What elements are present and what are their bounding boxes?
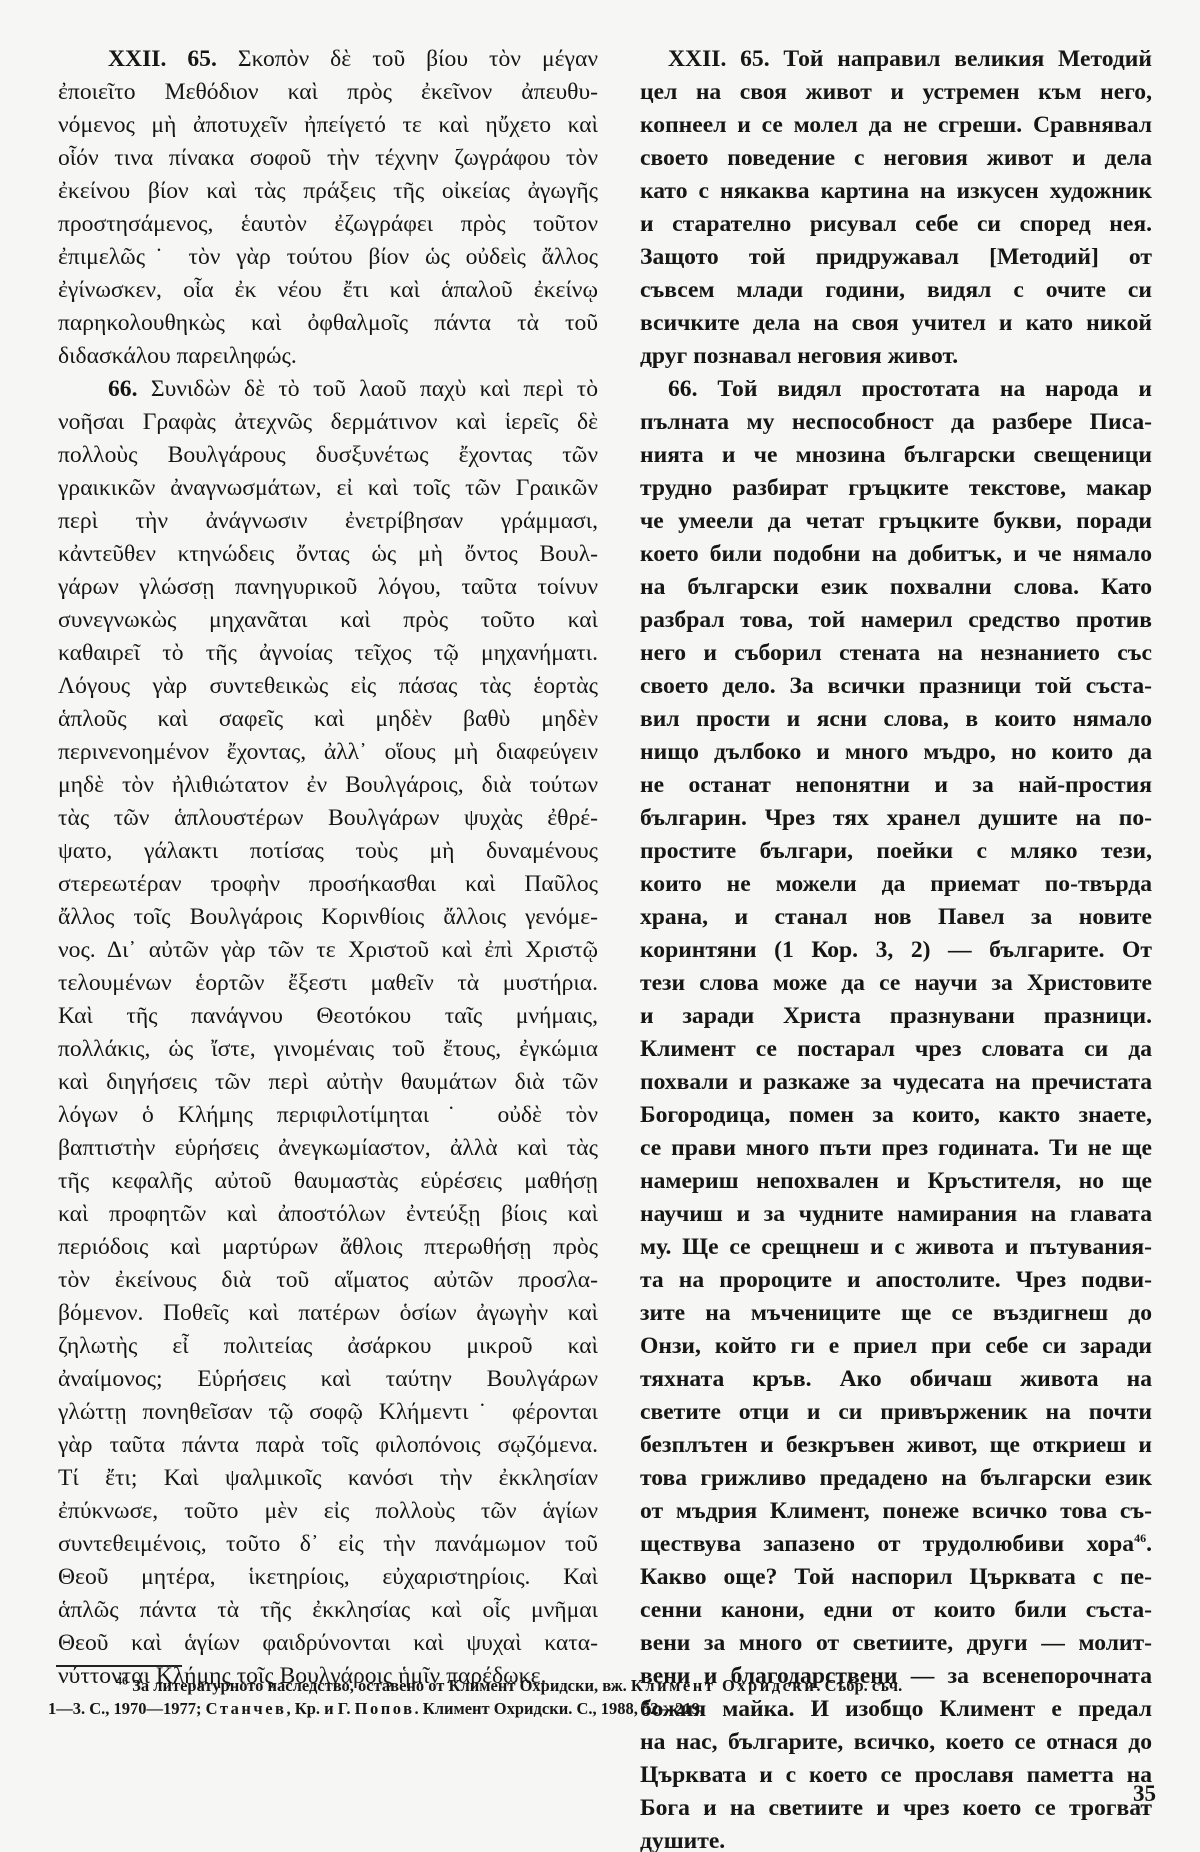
text-line: трудно разбират гръцките текстове, макар — [640, 472, 1152, 505]
text-line: като с някаква картина на изкусен художн… — [640, 175, 1152, 208]
text-line: γὰρ ταῦτα πάντα παρὰ τοῖς φιλοπόνοις σῳζ… — [58, 1429, 598, 1462]
text-line: τὰς τῶν ἁπλουστέρων Βουλγάρων ψυχὰς ἐθρέ… — [58, 802, 598, 835]
text-line: безплътен и безкръвен живот, ще откриеш … — [640, 1429, 1152, 1462]
footnote-divider — [56, 1665, 182, 1667]
text-line: τὸν ἐκείνους διὰ τοῦ αἵματος αὐτῶν προσλ… — [58, 1264, 598, 1297]
text-line: това грижливо предадено на български ези… — [640, 1462, 1152, 1495]
text-line: сенни канони, едни от които били съста- — [640, 1594, 1152, 1627]
text-line: че умеели да четат гръцките букви, порад… — [640, 505, 1152, 538]
text-line: 66. Той видял простотата на народа и — [640, 373, 1152, 406]
text-line: българин. Чрез тях хранел душите на по- — [640, 802, 1152, 835]
text-line: τῆς κεφαλῆς αὐτοῦ θαυμαστὰς εὑρέσεις μαθ… — [58, 1165, 598, 1198]
text-line: и старателно рисувал себе си според нея. — [640, 208, 1152, 241]
text-line: στερεωτέραν τροφὴν προσήκασθαι καὶ Παῦλο… — [58, 868, 598, 901]
text-line: всичките дела на своя учител и като нико… — [640, 307, 1152, 340]
text-line: него и съборил стената на незнанието със — [640, 637, 1152, 670]
text-line: γραικικῶν ἀναγνωσμάτων, εἰ καὶ τοῖς τῶν … — [58, 472, 598, 505]
text-line: Θεοῦ μητέρα, ἱκετηρίοις, εὐχαριστηρίοις.… — [58, 1561, 598, 1594]
text-line: вени за много от светиите, други — молит… — [640, 1627, 1152, 1660]
text-line: XXII. 65. Σκοπὸν δὲ τοῦ βίου τὸν μέγαν — [58, 43, 598, 76]
text-line: се прави много пъти през годината. Ти не… — [640, 1132, 1152, 1165]
text-line: διδασκάλου παρειληφώς. — [58, 340, 598, 373]
text-line: ψατο, γάλακτι ποτίσας τοὺς μὴ δυναμένους — [58, 835, 598, 868]
text-line: Θεοῦ καὶ ἁγίων φαιδρύνονται καὶ ψυχαὶ κα… — [58, 1627, 598, 1660]
text-line: Онзи, който ги е приел при себе си зарад… — [640, 1330, 1152, 1363]
text-line: νόμενος μὴ ἀποτυχεῖν ἠπείγετό τε καὶ ηὔχ… — [58, 109, 598, 142]
text-line: съвсем млади години, видял с очите си — [640, 274, 1152, 307]
text-line: намериш непохвален и Кръстителя, но ще — [640, 1165, 1152, 1198]
text-line: своето поведение с неговия живот и дела — [640, 142, 1152, 175]
text-line: ἁπλῶς πάντα τὰ τῆς ἐκκλησίας καὶ οἷς μνῆ… — [58, 1594, 598, 1627]
text-line: ἐπύκνωσε, τοῦτο μὲν εἰς πολλοὺς τῶν ἁγίω… — [58, 1495, 598, 1528]
text-line: не останат непонятни и за най-простия — [640, 769, 1152, 802]
text-line: на български език похвални слова. Като — [640, 571, 1152, 604]
text-line: научиш и за чудните намирания на главата — [640, 1198, 1152, 1231]
text-line: друг познавал неговия живот. — [640, 340, 1152, 373]
text-line: καθαιρεῖ τὸ τῆς ἀγνοίας τεῖχος τῷ μηχανή… — [58, 637, 598, 670]
text-line: Какво още? Той наспорил Църквата с пе- — [640, 1561, 1152, 1594]
text-line: храна, и станал нов Павел за новите — [640, 901, 1152, 934]
text-line: разбрал това, той намерил средство проти… — [640, 604, 1152, 637]
text-line: коринтяни (1 Кор. 3, 2) — българите. От — [640, 934, 1152, 967]
text-line: които не можели да приемат по-твърда — [640, 868, 1152, 901]
text-line: συνεγνωκὼς μηχανᾶται καὶ πρὸς τοῦτο καὶ — [58, 604, 598, 637]
text-line: нищо дълбоко и много мъдро, но които да — [640, 736, 1152, 769]
text-line: παρηκολουθηκὼς καὶ ὀφθαλμοῖς πάντα τὰ το… — [58, 307, 598, 340]
text-line: Καὶ τῆς πανάγνου Θεοτόκου ταῖς μνήμαις, — [58, 1000, 598, 1033]
text-line: ществува запазено от трудолюбиви хора46. — [640, 1528, 1152, 1561]
text-line: XXII. 65. Той направил великия Методий — [640, 43, 1152, 76]
text-line: ἐποιεῖτο Μεθόδιον καὶ πρὸς ἐκεῖνον ἀπευθ… — [58, 76, 598, 109]
section-number: 66. — [668, 376, 698, 402]
text-line: βαπτιστὴν εὑρήσεις ἀνεγκωμίαστον, ἀλλὰ κ… — [58, 1132, 598, 1165]
text-line: Бога и на светиите и чрез което се трогв… — [640, 1792, 1152, 1825]
bulgarian-paragraph-65: XXII. 65. Той направил великия Методий ц… — [640, 43, 1152, 373]
text-line: пълната му неспособност да разбере Писа- — [640, 406, 1152, 439]
text-line: ἐκείνου βίον καὶ τὰς πράξεις τῆς οἰκείας… — [58, 175, 598, 208]
text-line: γλώττῃ πονηθεῖσαν τῷ σοφῷ Κλήμεντι˙ φέρο… — [58, 1396, 598, 1429]
text-line: νος. Δι᾿ αὐτῶν γὰρ τῶν τε Χριστοῦ καὶ ἐπ… — [58, 934, 598, 967]
text-line: цел на своя живот и устремен към него, — [640, 76, 1152, 109]
text-line: καὶ διηγήσεις τῶν περὶ αὐτὴν θαυμάτων δι… — [58, 1066, 598, 1099]
text-line: νοῆσαι Γραφὰς ἀτεχνῶς δερμάτινον καὶ ἱερ… — [58, 406, 598, 439]
text-line: вил прости и ясни слова, в които нямало — [640, 703, 1152, 736]
text-line: тези слова може да се научи за Христовит… — [640, 967, 1152, 1000]
text-line: συντεθειμένοις, τοῦτο δ᾿ εἰς τὴν πανάμωμ… — [58, 1528, 598, 1561]
text-line: копнеел и се молел да не сгреши. Сравняв… — [640, 109, 1152, 142]
text-line: Климент се постарал чрез словата си да — [640, 1033, 1152, 1066]
text-line: πολλοὺς Βουλγάρους δυσξυνέτως ἔχοντας τῶ… — [58, 439, 598, 472]
text-line: ζηλωτὴς εἶ πολιτείας ἀσάρκου μικροῦ καὶ — [58, 1330, 598, 1363]
text-line: βόμενον. Ποθεῖς καὶ πατέρων ὁσίων ἀγωγὴν… — [58, 1297, 598, 1330]
text-line: душите. — [640, 1825, 1152, 1852]
text-line: ἐγίνωσκεν, οἷα ἐκ νέου ἔτι καὶ ἁπαλοῦ ἐκ… — [58, 274, 598, 307]
text-line: му. Ще се срещнеш и с живота и пътувания… — [640, 1231, 1152, 1264]
text-line: καὶ προφητῶν καὶ ἀποστόλων ἐντεύξῃ βίοις… — [58, 1198, 598, 1231]
text-line: Църквата и с което се прославя паметта н… — [640, 1759, 1152, 1792]
page-number: 35 — [1133, 1781, 1156, 1807]
text-line: κἀντεῦθεν κτηνώδεις ὄντας ὡς μὴ ὄντος Βο… — [58, 538, 598, 571]
book-page: XXII. 65. Σκοπὸν δὲ τοῦ βίου τὸν μέγαν ἐ… — [0, 0, 1200, 1852]
text-line: та на пророците и апостолите. Чрез подви… — [640, 1264, 1152, 1297]
text-line: от мъдрия Климент, понеже всичко това съ… — [640, 1495, 1152, 1528]
greek-text-column: XXII. 65. Σκοπὸν δὲ τοῦ βίου τὸν μέγαν ἐ… — [58, 43, 598, 1693]
footnote: 46 За литературното наследство, оставено… — [48, 1674, 1146, 1720]
text-line: на нас, българите, всичко, което се отна… — [640, 1726, 1152, 1759]
text-line: Λόγους γὰρ συντεθεικὼς εἰς πάσας τὰς ἑορ… — [58, 670, 598, 703]
text-line: ἐπιμελῶς˙ τὸν γὰρ τούτου βίον ὡς οὐδεὶς … — [58, 241, 598, 274]
text-line: περὶ τὴν ἀνάγνωσιν ἐνετρίβησαν γράμμασι, — [58, 505, 598, 538]
text-line: ἀναίμονος; Εὑρήσεις καὶ ταύτην Βουλγάρων — [58, 1363, 598, 1396]
text-line: οἷόν τινα πίνακα σοφοῦ τὴν τέχνην ζωγράφ… — [58, 142, 598, 175]
text-line: 66. Συνιδὼν δὲ τὸ τοῦ λαοῦ παχὺ καὶ περὶ… — [58, 373, 598, 406]
text-line: πολλάκις, ὡς ἴστε, γινομέναις τοῦ ἔτους,… — [58, 1033, 598, 1066]
text-line: Защото той придружавал [Методий] от — [640, 241, 1152, 274]
text-line: тяхната кръв. Ако обичаш живота на — [640, 1363, 1152, 1396]
text-line: τελουμένων ἑορτῶν ἔξεστι μαθεῖν τὰ μυστή… — [58, 967, 598, 1000]
greek-paragraph-66: 66. Συνιδὼν δὲ τὸ τοῦ λαοῦ παχὺ καὶ περὶ… — [58, 373, 598, 1693]
footnote-line: 1—3. С., 1970—1977; Станчев, Кр. и Г. По… — [48, 1697, 1146, 1720]
text-line: περιόδοις καὶ μαρτύρων ἄθλοις πτερωθήσῃ … — [58, 1231, 598, 1264]
text-line: περινενοημένον ἔχοντας, ἀλλ᾿ οἵους μὴ δι… — [58, 736, 598, 769]
text-line: προστησάμενος, ἑαυτὸν ἐζωγράφει πρὸς τοῦ… — [58, 208, 598, 241]
greek-paragraph-65: XXII. 65. Σκοπὸν δὲ τοῦ βίου τὸν μέγαν ἐ… — [58, 43, 598, 373]
footnote-reference[interactable]: 46 — [1134, 1531, 1146, 1545]
text-line: μηδὲ τὸν ἠλιθιώτατον ἐν Βουλγάροις, διὰ … — [58, 769, 598, 802]
text-line: Богородица, помен за които, както знаете… — [640, 1099, 1152, 1132]
text-line: похвали и разкаже за чудесата на пречист… — [640, 1066, 1152, 1099]
text-line: което били подобни на добитък, и че няма… — [640, 538, 1152, 571]
text-line: ἄλλος τοῖς Βουλγάροις Κορινθίοις ἄλλοις … — [58, 901, 598, 934]
text-line: зите на мъчениците ще се въздигнеш до — [640, 1297, 1152, 1330]
footnote-line: 46 За литературното наследство, оставено… — [48, 1674, 1146, 1697]
bulgarian-paragraph-66: 66. Той видял простотата на народа и пъл… — [640, 373, 1152, 1852]
text-line: нията и че мнозина български свещеници — [640, 439, 1152, 472]
text-line: своето дело. За всички празници той съст… — [640, 670, 1152, 703]
text-line: γάρων γλώσσῃ πανηγυρικοῦ λόγου, ταῦτα το… — [58, 571, 598, 604]
text-line: и заради Христа празнувани празници. — [640, 1000, 1152, 1033]
text-line: λόγων ὁ Κλήμης περιφιλοτίμηται˙ οὐδὲ τὸν — [58, 1099, 598, 1132]
section-number: XXII. 65. — [108, 46, 217, 72]
section-number: 66. — [108, 376, 138, 402]
text-line: светите отци и си привърженик на почти — [640, 1396, 1152, 1429]
text-line: простите българи, поейки с мляко тези, — [640, 835, 1152, 868]
text-line: ἁπλοῦς καὶ σαφεῖς καὶ μηδὲν βαθὺ μηδὲν — [58, 703, 598, 736]
footnote-number: 46 — [116, 1674, 128, 1688]
section-number: XXII. 65. — [668, 46, 770, 72]
text-line: Τί ἔτι; Καὶ ψαλμικοῖς κανόσι τὴν ἐκκλησί… — [58, 1462, 598, 1495]
bulgarian-text-column: XXII. 65. Той направил великия Методий ц… — [640, 43, 1152, 1852]
